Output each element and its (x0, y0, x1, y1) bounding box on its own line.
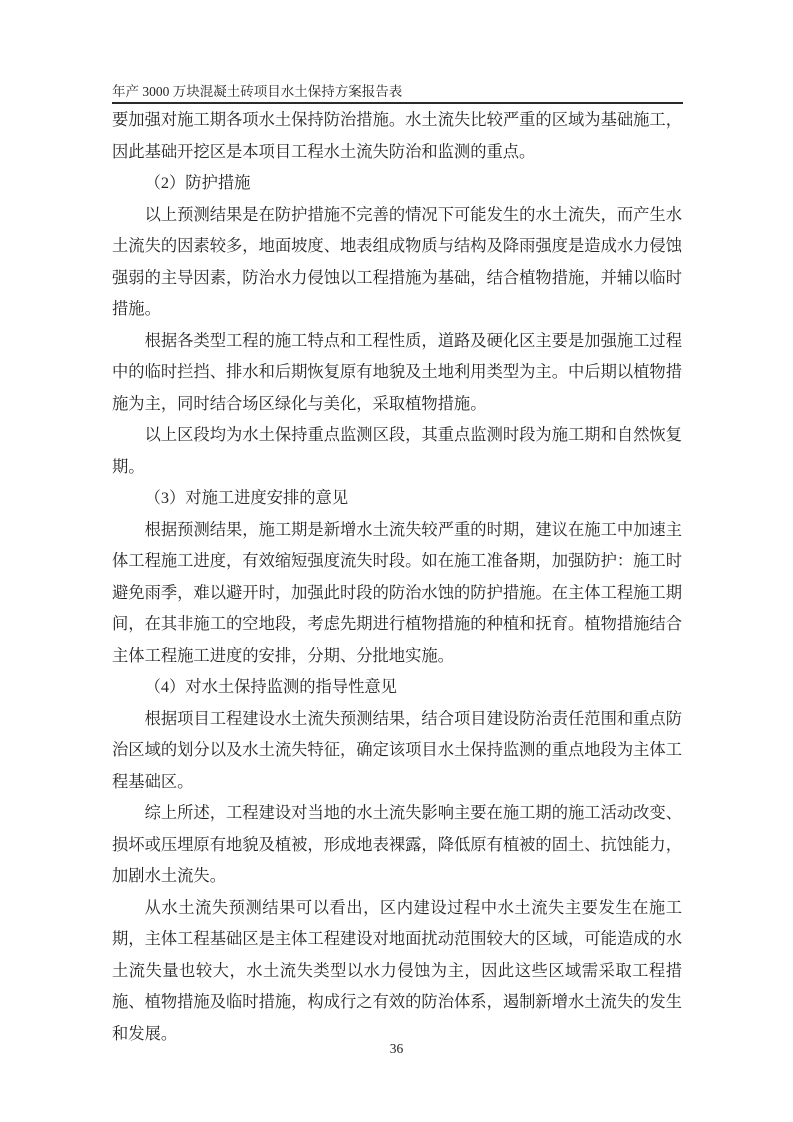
paragraph: 以上区段均为水土保持重点监测区段，其重点监测时段为施工期和自然恢复期。 (112, 419, 682, 482)
page-footer: 36 (0, 1040, 793, 1057)
page-header: 年产 3000 万块混凝土砖项目水土保持方案报告表 (112, 83, 683, 104)
paragraph: 综上所述，工程建设对当地的水土流失影响主要在施工期的施工活动改变、损坏或压埋原有… (112, 797, 682, 892)
section-heading-monitoring-guidance: （4）对水土保持监测的指导性意见 (112, 671, 682, 703)
paragraph: 从水土流失预测结果可以看出，区内建设过程中水土流失主要发生在施工期，主体工程基础… (112, 892, 682, 1050)
paragraph: 根据各类型工程的施工特点和工程性质，道路及硬化区主要是加强施工过程中的临时拦挡、… (112, 325, 682, 420)
document-body: 要加强对施工期各项水土保持防治措施。水土流失比较严重的区域为基础施工，因此基础开… (112, 104, 682, 1049)
page-number: 36 (390, 1041, 404, 1056)
paragraph-continuation: 要加强对施工期各项水土保持防治措施。水土流失比较严重的区域为基础施工，因此基础开… (112, 104, 682, 167)
paragraph: 以上预测结果是在防护措施不完善的情况下可能发生的水土流失，而产生水土流失的因素较… (112, 199, 682, 325)
section-heading-construction-schedule: （3）对施工进度安排的意见 (112, 482, 682, 514)
paragraph: 根据预测结果，施工期是新增水土流失较严重的时期，建议在施工中加速主体工程施工进度… (112, 514, 682, 672)
header-title: 年产 3000 万块混凝土砖项目水土保持方案报告表 (112, 84, 402, 99)
document-page: 年产 3000 万块混凝土砖项目水土保持方案报告表 要加强对施工期各项水土保持防… (0, 0, 793, 1122)
paragraph: 根据项目工程建设水土流失预测结果，结合项目建设防治责任范围和重点防治区域的划分以… (112, 703, 682, 798)
section-heading-protection-measures: （2）防护措施 (112, 167, 682, 199)
